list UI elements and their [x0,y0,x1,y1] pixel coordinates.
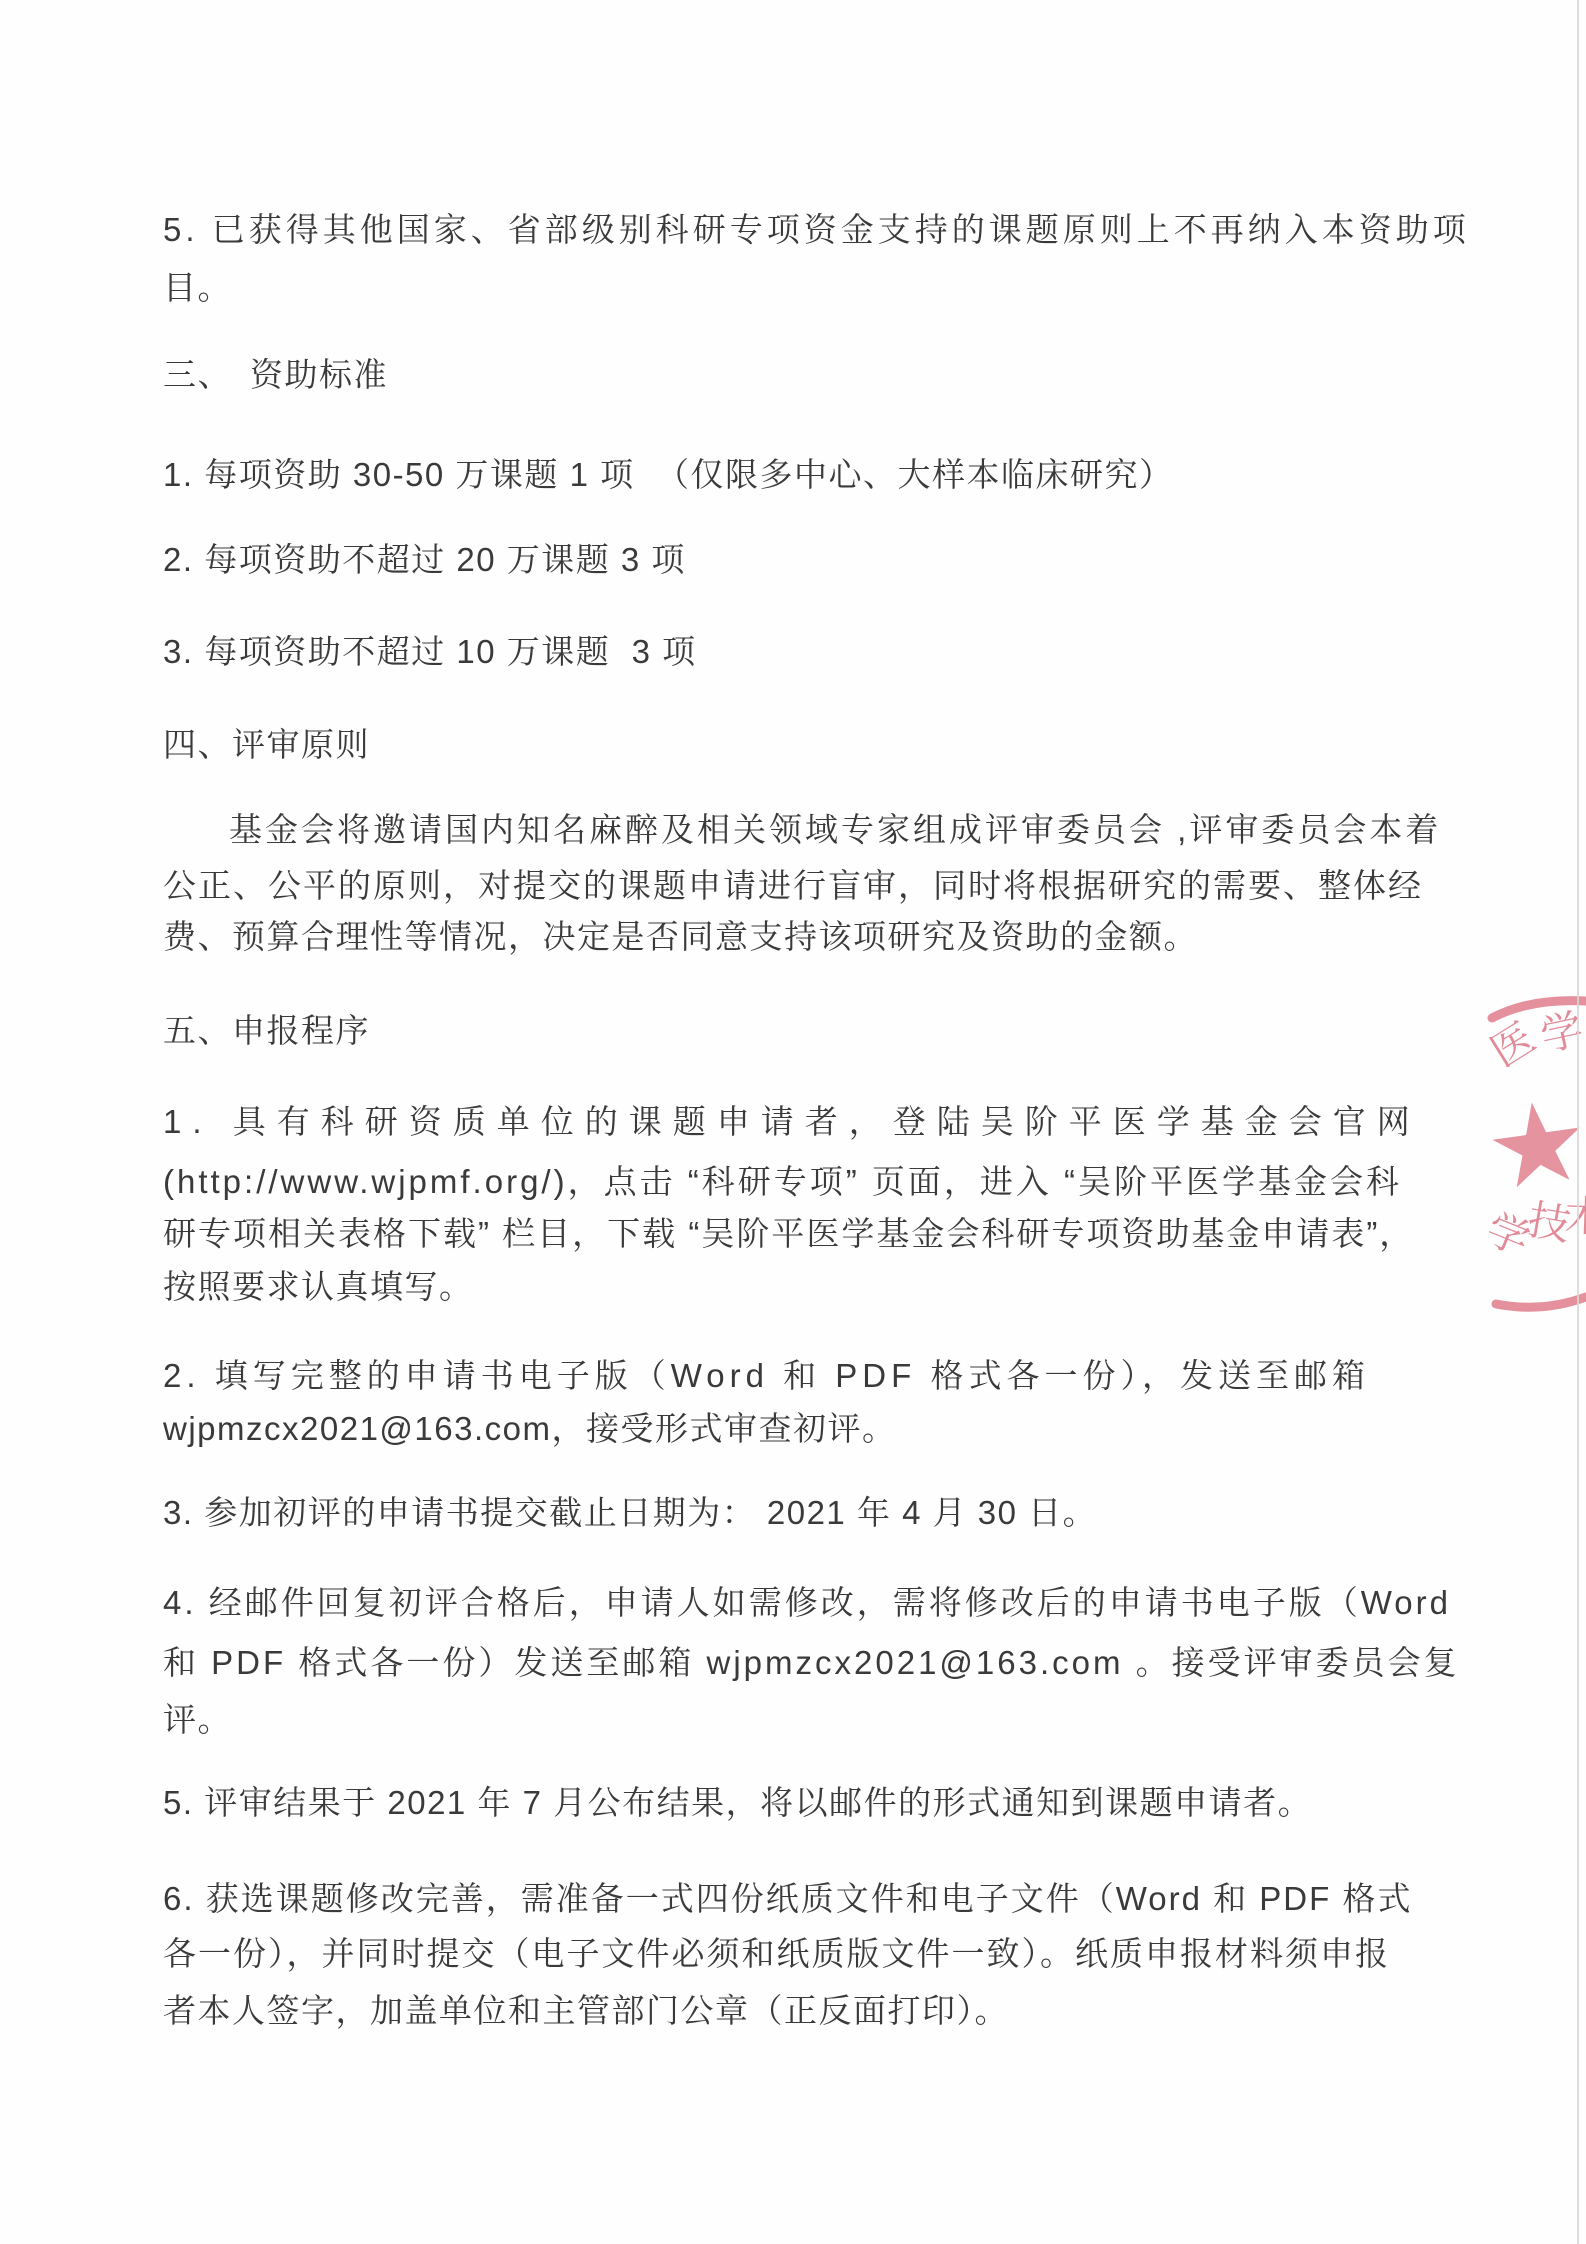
doc-line: 评。 [163,1698,232,1742]
doc-line: 1. 每项资助 30-50 万课题 1 项 （仅限多中心、大样本临床研究） [163,453,1173,497]
section-heading-3: 三、 资助标准 [163,353,388,397]
seal-char: 术 [1564,1195,1586,1238]
doc-line: 2. 填写完整的申请书电子版（Word 和 PDF 格式各一份），发送至邮箱 [163,1354,1370,1398]
seal-char: 技 [1525,1199,1574,1248]
doc-line: 和 PDF 格式各一份）发送至邮箱 wjpmzcx2021@163.com 。接… [163,1641,1460,1685]
seal-char: 学 [1481,1208,1536,1263]
paragraph-line: 费、预算合理性等情况，决定是否同意支持该项研究及资助的金额。 [163,915,1198,959]
paragraph-line: 基金会将邀请国内知名麻醉及相关领域专家组成评审委员会 ,评审委员会本着 [229,808,1441,852]
doc-line: wjpmzcx2021@163.com，接受形式审查初评。 [163,1407,897,1451]
seal-bottom-arc [1496,1297,1586,1307]
section-heading-4: 四、评审原则 [163,723,370,767]
doc-line: 5. 评审结果于 2021 年 7 月公布结果，将以邮件的形式通知到课题申请者。 [163,1781,1312,1825]
doc-line: 按照要求认真填写。 [163,1265,474,1309]
doc-line: 3. 参加初评的申请书提交截止日期为： 2021 年 4 月 30 日。 [163,1491,1097,1535]
doc-line: 3. 每项资助不超过 10 万课题 3 项 [163,630,697,674]
seal-top-arc [1492,1001,1586,1018]
paragraph-line: 公正、公平的原则，对提交的课题申请进行盲审，同时将根据研究的需要、整体经 [163,864,1423,908]
doc-line: 2. 每项资助不超过 20 万课题 3 项 [163,538,686,582]
section-heading-5: 五、申报程序 [163,1009,370,1053]
doc-line: 6. 获选课题修改完善，需准备一式四份纸质文件和电子文件（Word 和 PDF … [163,1877,1412,1921]
seal-ring-arcs [1450,960,1586,1340]
doc-line: 目。 [163,266,232,310]
doc-line: 1. 具有科研资质单位的课题申请者，登陆吴阶平医学基金会官网 [163,1100,1421,1144]
doc-line: (http://www.wjpmf.org/)，点击 “科研专项” 页面，进入 … [163,1160,1402,1204]
doc-line: 各一份），并同时提交（电子文件必须和纸质版文件一致）。纸质申报材料须申报 [163,1932,1390,1976]
document-page: 5. 已获得其他国家、省部级别科研专项资金支持的课题原则上不再纳入本资助项 目。… [0,0,1586,2244]
doc-line: 研专项相关表格下载” 栏目，下载 “吴阶平医学基金会科研专项资助基金申请表”， [163,1212,1414,1256]
seal-char: 医 [1484,1016,1542,1074]
star-icon [1486,1096,1586,1198]
doc-line: 者本人签字，加盖单位和主管部门公章（正反面打印）。 [163,1989,1009,2033]
doc-line: 4. 经邮件回复初评合格后，申请人如需修改，需将修改后的申请书电子版（Word [163,1581,1451,1625]
scan-edge-line [1577,0,1579,2244]
doc-line: 5. 已获得其他国家、省部级别科研专项资金支持的课题原则上不再纳入本资助项 [163,208,1470,252]
